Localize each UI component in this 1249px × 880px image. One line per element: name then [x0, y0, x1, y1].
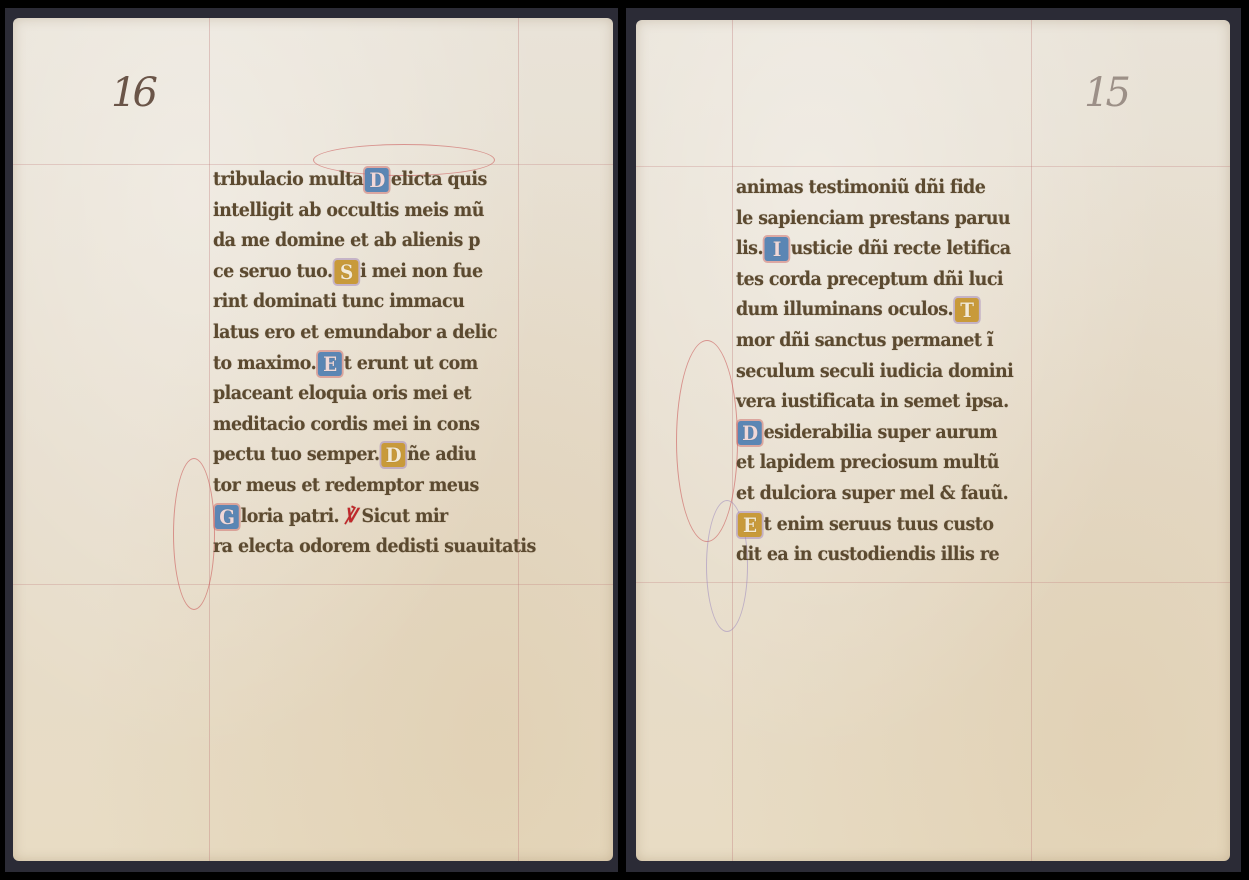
text-line: et dulciora super mel & fauũ. — [736, 478, 1023, 509]
ruling-line — [209, 18, 210, 861]
versicle-rubric: ℣ — [345, 505, 356, 527]
text-line: dit ea in custodiendis illis re — [736, 539, 1023, 570]
text-line: tes corda preceptum dñi luci — [736, 264, 1023, 295]
folio-number: 15 — [1084, 70, 1127, 116]
illuminated-initial: E — [318, 352, 342, 376]
illuminated-initial: D — [365, 168, 389, 192]
penwork-flourish — [173, 458, 215, 610]
text-line: Desiderabilia super aurum — [736, 417, 1023, 448]
illuminated-initial: D — [738, 421, 762, 445]
text-line: pectu tuo semper.Dñe adiu — [213, 439, 500, 470]
left-panel-background: 16 tribulacio multaDelicta quis intellig… — [5, 8, 618, 872]
text-line: ce seruo tuo.Si mei non fue — [213, 256, 500, 287]
illuminated-initial: D — [381, 443, 405, 467]
text-line: da me domine et ab alienis p — [213, 225, 500, 256]
text-line: ra electa odorem dedisti suauitatis — [213, 531, 500, 562]
text-line: mor dñi sanctus permanet ĩ — [736, 325, 1023, 356]
text-line: to maximo.Et erunt ut com — [213, 348, 500, 379]
ruling-line — [13, 584, 613, 585]
illuminated-initial: T — [955, 298, 979, 322]
text-line: animas testimoniũ dñi fide — [736, 172, 1023, 203]
left-manuscript-leaf: 16 tribulacio multaDelicta quis intellig… — [13, 18, 613, 861]
text-line: rint dominati tunc immacu — [213, 286, 500, 317]
text-line: vera iustificata in semet ipsa. — [736, 386, 1023, 417]
right-manuscript-leaf: 15 animas testimoniũ dñi fide le sapienc… — [636, 20, 1230, 861]
folio-number: 16 — [111, 70, 154, 116]
right-text-block: animas testimoniũ dñi fide le sapienciam… — [736, 172, 1048, 570]
text-line: tribulacio multaDelicta quis — [213, 164, 500, 195]
illuminated-initial: I — [765, 237, 789, 261]
left-text-block: tribulacio multaDelicta quis intelligit … — [213, 164, 525, 562]
text-line: intelligit ab occultis meis mũ — [213, 195, 500, 226]
photo-frame: 16 tribulacio multaDelicta quis intellig… — [0, 0, 1249, 880]
text-line: placeant eloquia oris mei et — [213, 378, 500, 409]
ruling-line — [636, 166, 1230, 167]
text-line: tor meus et redemptor meus — [213, 470, 500, 501]
illuminated-initial: G — [215, 505, 239, 529]
right-panel-background: 15 animas testimoniũ dñi fide le sapienc… — [626, 8, 1241, 872]
text-line: seculum seculi iudicia domini — [736, 356, 1023, 387]
text-line: dum illuminans oculos.T — [736, 294, 1023, 325]
text-line: le sapienciam prestans paruu — [736, 203, 1023, 234]
text-line: meditacio cordis mei in cons — [213, 409, 500, 440]
text-line: lis.Iusticie dñi recte letifica — [736, 233, 1023, 264]
text-line: et lapidem preciosum multũ — [736, 447, 1023, 478]
text-line: Gloria patri.℣Sicut mir — [213, 501, 500, 532]
text-line: latus ero et emundabor a delic — [213, 317, 500, 348]
text-line: Et enim seruus tuus custo — [736, 509, 1023, 540]
illuminated-initial: S — [334, 260, 358, 284]
illuminated-initial: E — [738, 513, 762, 537]
